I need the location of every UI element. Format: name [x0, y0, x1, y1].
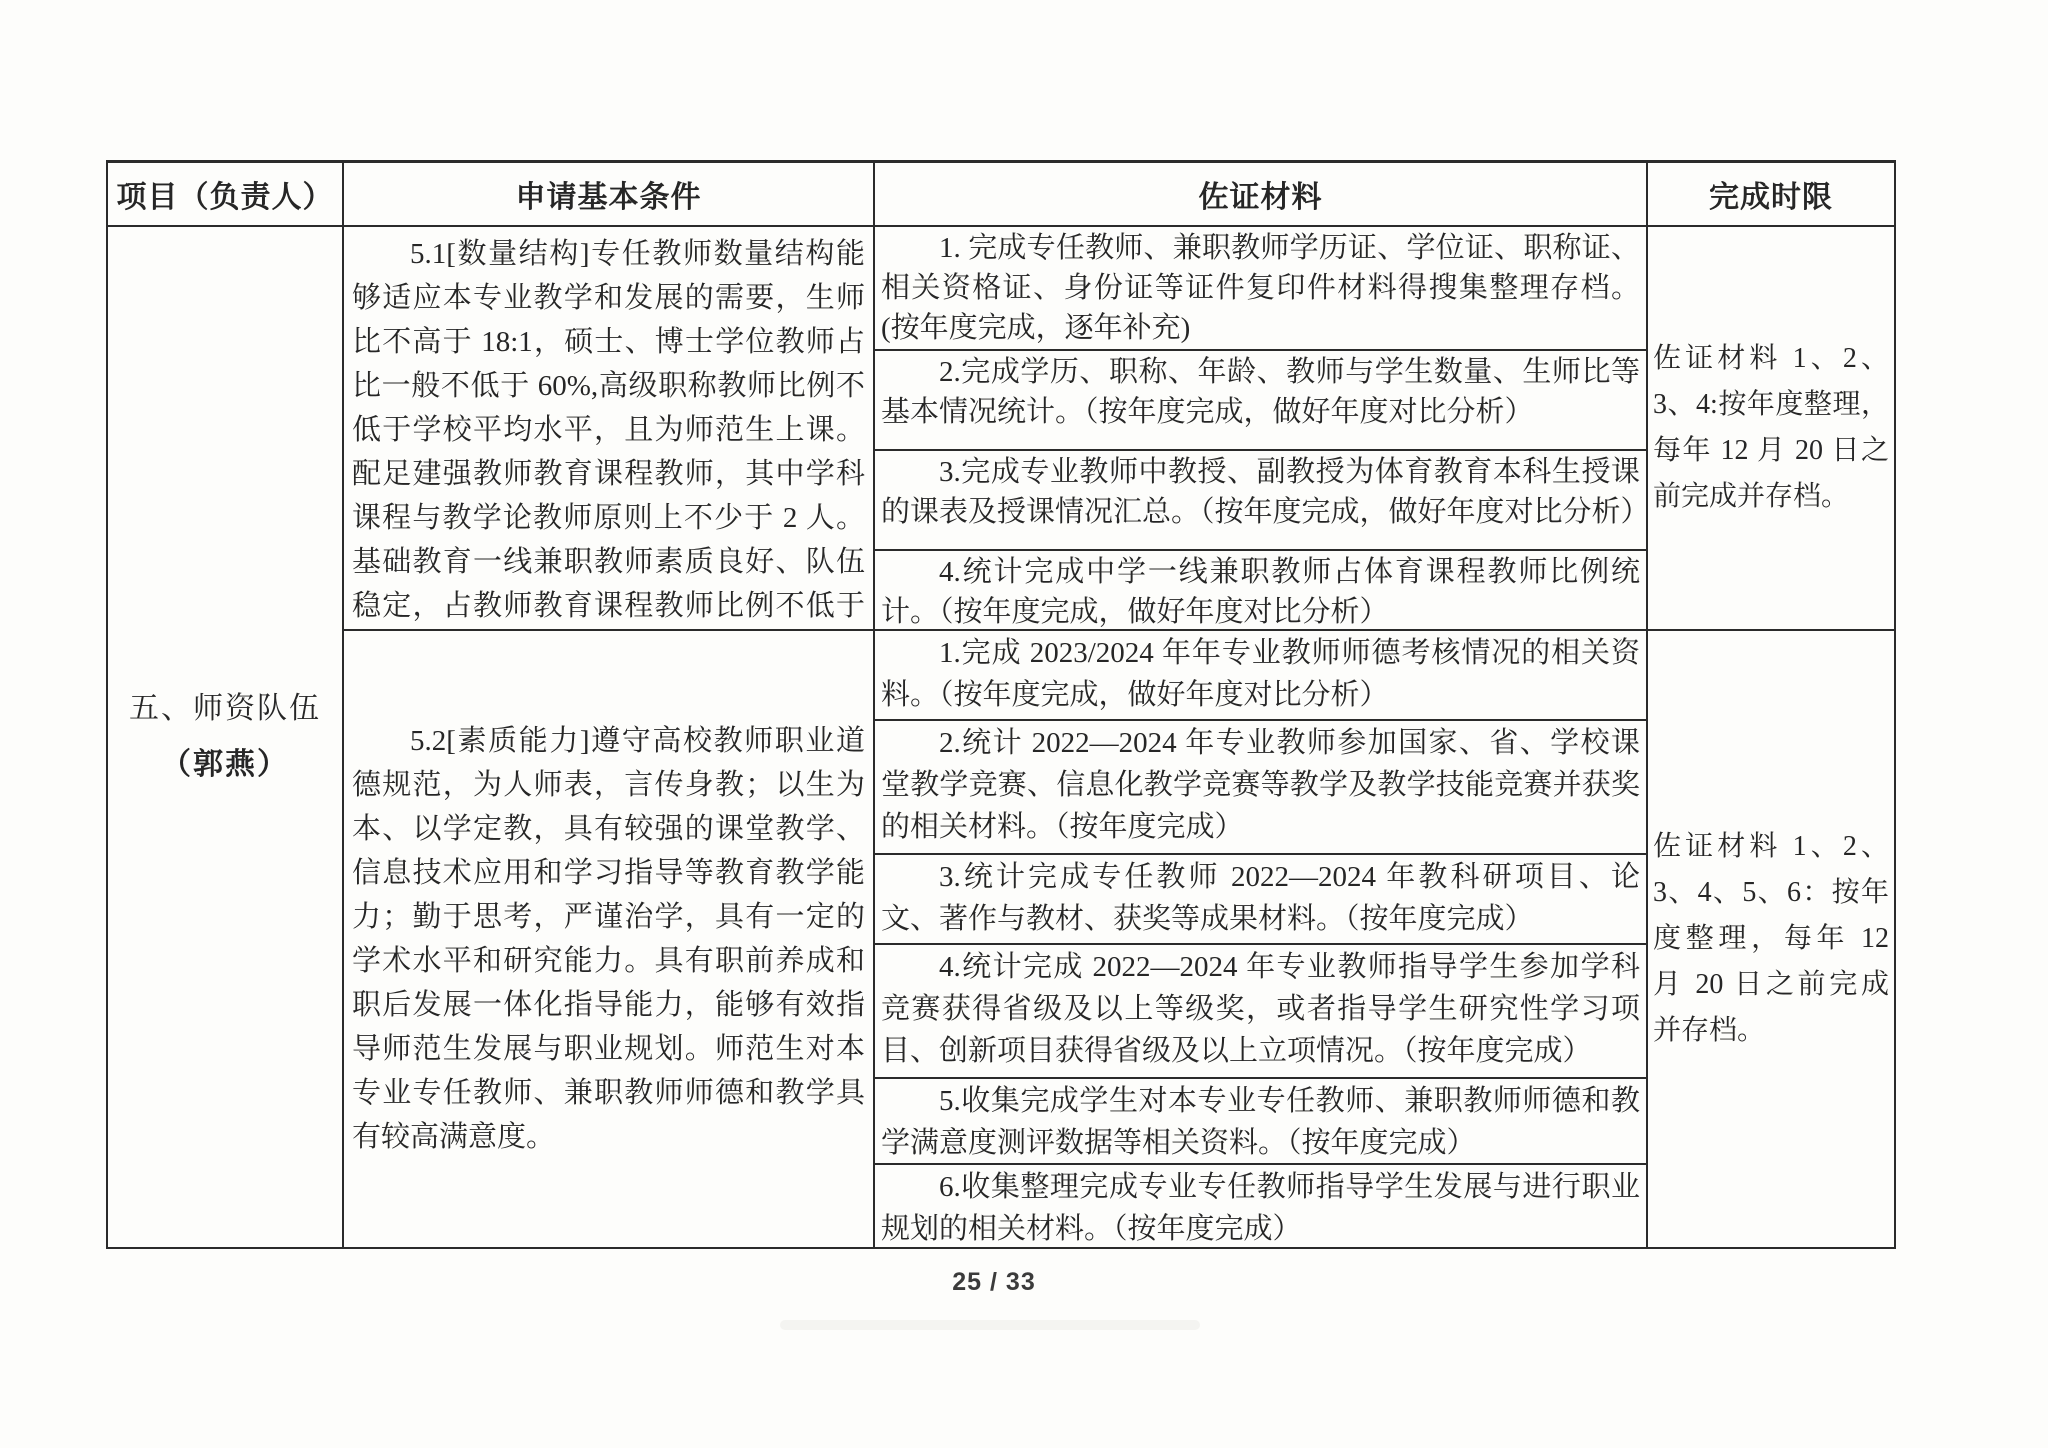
- col-header-project-label: 项目（负责人）: [117, 172, 334, 216]
- col-header-conditions: 申请基本条件: [344, 163, 875, 227]
- col-header-evidence: 佐证材料: [875, 163, 1648, 227]
- condition-cell-5-2: 5.2[素质能力]遵守高校教师职业道德规范，为人师表，言传身教；以生为本、以学定…: [344, 631, 875, 1249]
- col-header-evidence-label: 佐证材料: [1199, 172, 1323, 216]
- evidence-item: 1.完成 2023/2024 年年专业教师师德考核情况的相关资料。（按年度完成，…: [875, 631, 1646, 721]
- condition-paragraph-5-1: 5.1[数量结构]专任教师数量结构能够适应本专业教学和发展的需要，生师比不高于 …: [352, 232, 865, 631]
- evidence-item: 6.收集整理完成专业专任教师指导学生发展与进行职业规划的相关材料。（按年度完成）: [875, 1165, 1646, 1249]
- evidence-item: 3.完成专业教师中教授、副教授为体育教育本科生授课的课表及授课情况汇总。（按年度…: [875, 451, 1646, 551]
- project-cell: 五、师资队伍 （郭燕）: [108, 227, 344, 1249]
- evidence-item: 4.统计完成中学一线兼职教师占体育课程教师比例统计。（按年度完成，做好年度对比分…: [875, 551, 1646, 631]
- deadline-text-5-2: 佐证材料 1、2、3、4、5、6：按年度整理，每年 12 月 20 日之前完成并…: [1653, 824, 1889, 1054]
- evidence-item: 5.收集完成学生对本专业专任教师、兼职教师师德和教学满意度测评数据等相关资料。（…: [875, 1079, 1646, 1165]
- evidence-item: 3.统计完成专任教师 2022—2024 年教科研项目、论文、著作与教材、获奖等…: [875, 855, 1646, 945]
- condition-cell-5-1: 5.1[数量结构]专任教师数量结构能够适应本专业教学和发展的需要，生师比不高于 …: [344, 227, 875, 631]
- assessment-table: 项目（负责人） 申请基本条件 佐证材料 完成时限 五、师资队伍 （郭燕） 5.1…: [106, 160, 1896, 1249]
- evidence-item: 2.完成学历、职称、年龄、教师与学生数量、生师比等基本情况统计。（按年度完成，做…: [875, 351, 1646, 451]
- deadline-cell-5-2: 佐证材料 1、2、3、4、5、6：按年度整理，每年 12 月 20 日之前完成并…: [1648, 631, 1896, 1249]
- col-header-deadline-label: 完成时限: [1709, 172, 1833, 216]
- project-owner: （郭燕）: [161, 737, 289, 793]
- project-title: 五、师资队伍: [129, 681, 321, 737]
- evidence-item: 2.统计 2022—2024 年专业教师参加国家、省、学校课堂教学竞赛、信息化教…: [875, 721, 1646, 855]
- col-header-project: 项目（负责人）: [108, 163, 344, 227]
- scan-smudge: [780, 1320, 1200, 1330]
- page-number: 25 / 33: [0, 1268, 1988, 1297]
- evidence-item: 4.统计完成 2022—2024 年专业教师指导学生参加学科竞赛获得省级及以上等…: [875, 945, 1646, 1079]
- col-header-conditions-label: 申请基本条件: [516, 172, 702, 216]
- scanned-document-page: 项目（负责人） 申请基本条件 佐证材料 完成时限 五、师资队伍 （郭燕） 5.1…: [0, 0, 2048, 1448]
- evidence-list-5-1: 1. 完成专任教师、兼职教师学历证、学位证、职称证、相关资格证、身份证等证件复印…: [875, 227, 1648, 631]
- condition-paragraph-5-2: 5.2[素质能力]遵守高校教师职业道德规范，为人师表，言传身教；以生为本、以学定…: [352, 719, 865, 1159]
- evidence-list-5-2: 1.完成 2023/2024 年年专业教师师德考核情况的相关资料。（按年度完成，…: [875, 631, 1648, 1249]
- deadline-cell-5-1: 佐证材料 1、2、3、4:按年度整理，每年 12 月 20 日之前完成并存档。: [1648, 227, 1896, 631]
- deadline-text-5-1: 佐证材料 1、2、3、4:按年度整理，每年 12 月 20 日之前完成并存档。: [1653, 336, 1889, 520]
- evidence-item: 1. 完成专任教师、兼职教师学历证、学位证、职称证、相关资格证、身份证等证件复印…: [875, 227, 1646, 351]
- col-header-deadline: 完成时限: [1648, 163, 1896, 227]
